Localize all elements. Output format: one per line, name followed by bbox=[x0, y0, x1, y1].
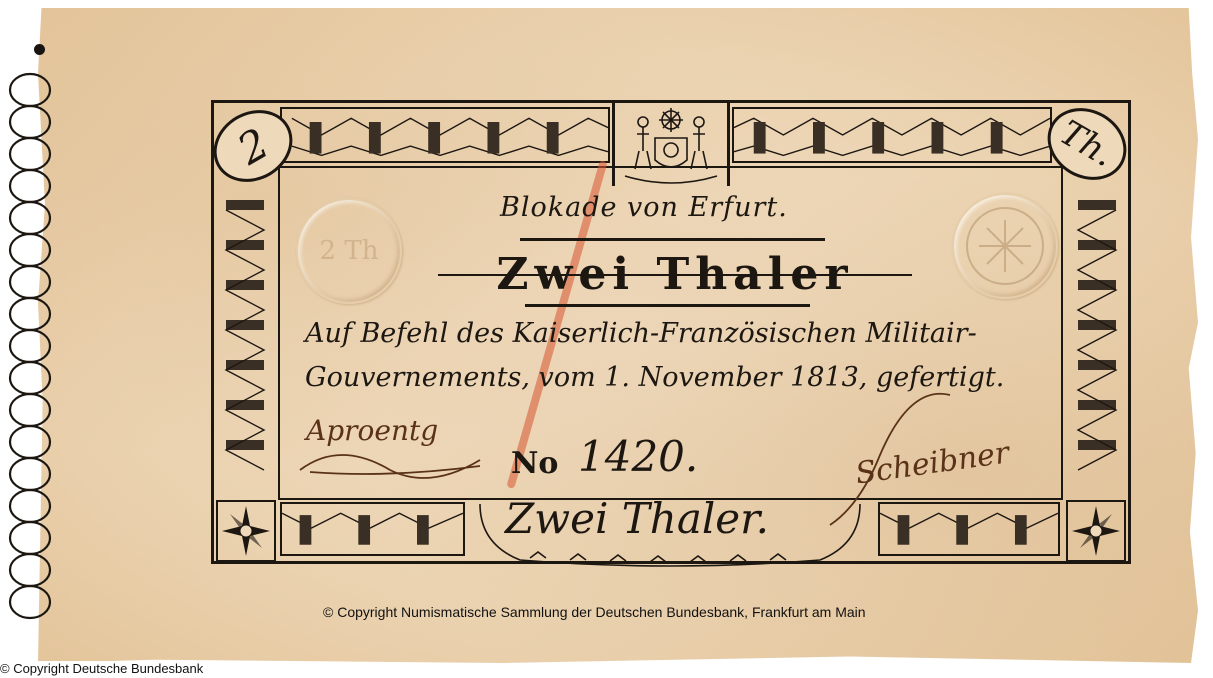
seal-text: 2 Th bbox=[298, 200, 400, 302]
punch-hole bbox=[34, 44, 45, 55]
compass-star-icon bbox=[1066, 500, 1126, 562]
coat-of-arms-icon bbox=[612, 100, 730, 186]
blind-stamp-left: 2 Th bbox=[296, 198, 402, 304]
authority-line-1: Auf Befehl des Kaiserlich-Französischen … bbox=[305, 318, 977, 349]
copyright-notice: © Copyright Numismatische Sammlung der D… bbox=[323, 604, 866, 620]
compass-star-icon bbox=[216, 500, 276, 562]
top-left-zigzag-band bbox=[280, 107, 610, 163]
laurel-wreath-icon bbox=[470, 498, 870, 568]
rosette-stamp-icon bbox=[952, 193, 1058, 299]
right-side-ornament bbox=[1070, 190, 1122, 490]
rule-top bbox=[520, 238, 825, 241]
signature-flourish bbox=[290, 440, 500, 490]
left-side-ornament bbox=[220, 190, 272, 490]
rule-bottom bbox=[525, 304, 810, 307]
top-right-zigzag-band bbox=[732, 107, 1052, 163]
issuer-heading: Blokade von Erfurt. bbox=[500, 192, 788, 223]
denomination-title: Zwei Thaler bbox=[440, 250, 910, 300]
copyright-corner: © Copyright Deutsche Bundesbank bbox=[0, 661, 206, 676]
serial-prefix: No bbox=[511, 446, 558, 481]
bottom-left-zigzag-band bbox=[280, 502, 465, 556]
serial-number: 1420. bbox=[578, 432, 698, 481]
left-edge-loop-ornament bbox=[6, 70, 52, 630]
